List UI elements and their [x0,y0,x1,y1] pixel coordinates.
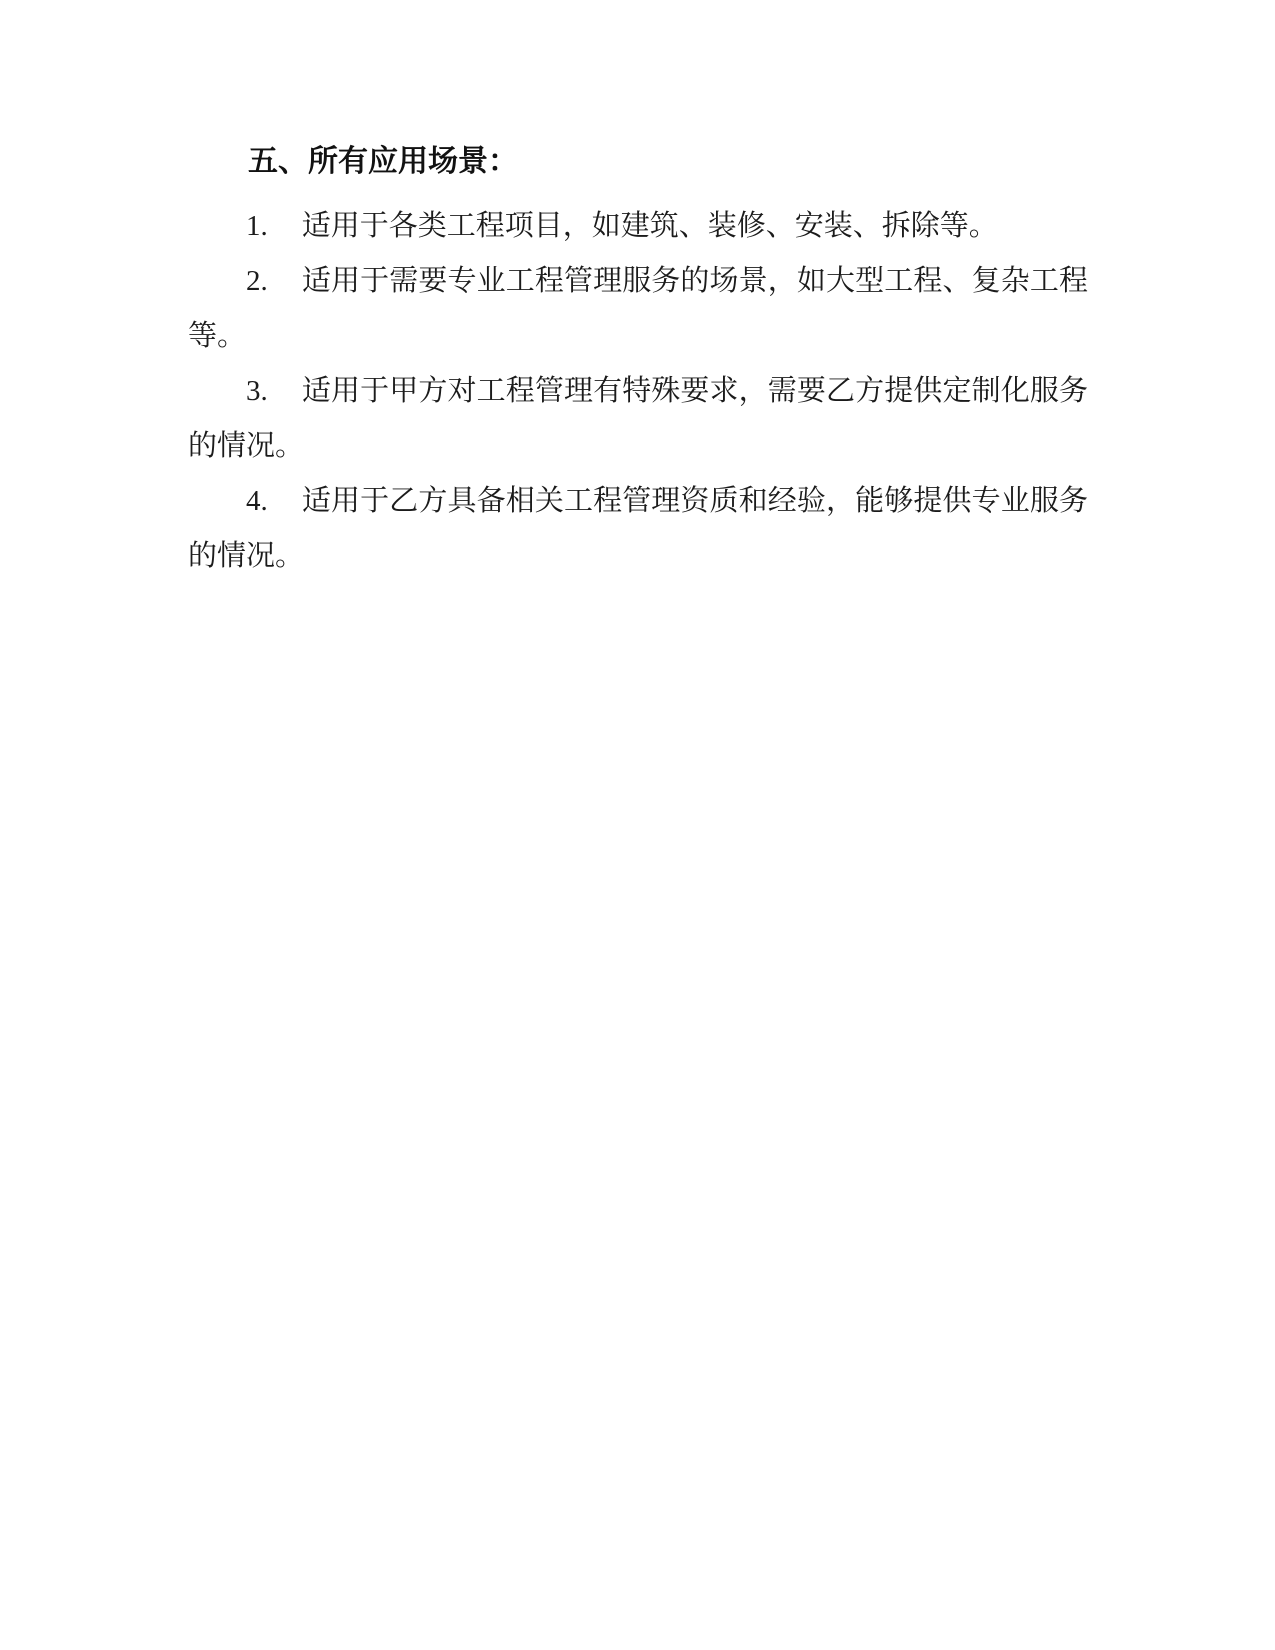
item-text: 适用于各类工程项目，如建筑、装修、安装、拆除等。 [302,210,998,242]
section-heading: 五、所有应用场景： [188,134,1088,189]
list-item-4: 4.适用于乙方具备相关工程管理资质和经验，能够提供专业服务的情况。 [188,474,1088,584]
number-gap [268,509,302,510]
list-item-2: 2.适用于需要专业工程管理服务的场景，如大型工程、复杂工程等。 [188,254,1088,364]
list-item-3: 3.适用于甲方对工程管理有特殊要求，需要乙方提供定制化服务的情况。 [188,364,1088,474]
document-page: 五、所有应用场景： 1.适用于各类工程项目，如建筑、装修、安装、拆除等。 2.适… [0,0,1275,1650]
item-number: 1. [246,210,268,242]
list-item-1: 1.适用于各类工程项目，如建筑、装修、安装、拆除等。 [188,199,1088,254]
number-gap [268,234,302,235]
item-text: 适用于乙方具备相关工程管理资质和经验，能够提供专业服务的情况。 [188,485,1088,572]
item-text: 适用于需要专业工程管理服务的场景，如大型工程、复杂工程等。 [188,265,1088,352]
item-number: 3. [246,375,268,407]
number-gap [268,289,302,290]
document-body: 五、所有应用场景： 1.适用于各类工程项目，如建筑、装修、安装、拆除等。 2.适… [188,134,1088,584]
item-text: 适用于甲方对工程管理有特殊要求，需要乙方提供定制化服务的情况。 [188,375,1088,462]
item-number: 4. [246,485,268,517]
item-number: 2. [246,265,268,297]
number-gap [268,399,302,400]
